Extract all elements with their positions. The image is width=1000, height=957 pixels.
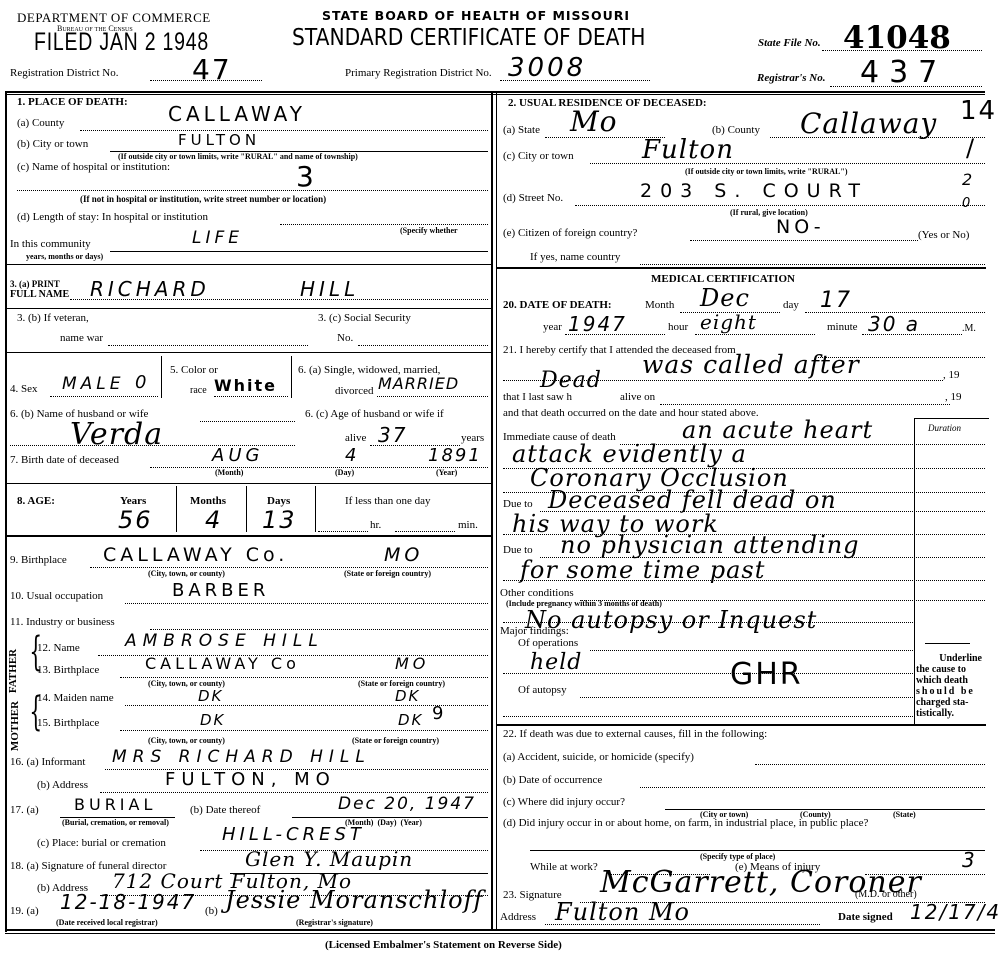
date-received-value[interactable]: 12-18-1947 (60, 892, 196, 912)
death-year-label: year (543, 322, 562, 333)
last-saw-nineteen: , 19 (945, 392, 962, 403)
first-name-value[interactable]: RICHARD (90, 279, 210, 299)
residence-county-value[interactable]: Callaway (800, 110, 937, 138)
city-label: (b) City or town (17, 139, 88, 150)
community-label: In this community (10, 239, 91, 250)
certifier-signature-label: 23. Signature (503, 890, 562, 901)
maiden-name-value[interactable]: DK (198, 689, 223, 704)
mother-code: 9 (432, 705, 445, 723)
community-value[interactable]: LIFE (192, 230, 243, 247)
occupation-value[interactable]: BARBER (172, 582, 269, 600)
underline-note-line: Underline (916, 653, 986, 664)
due-to-1-line-1[interactable]: Deceased fell dead on (548, 488, 837, 512)
due-to-2-line-2[interactable]: for some time past (520, 558, 765, 582)
burial-place-label: (c) Place: burial or cremation (37, 838, 166, 849)
hospital-note: (If not in hospital or institution, writ… (80, 195, 326, 204)
sex-code: 0 (135, 374, 148, 392)
accident-label: (a) Accident, suicide, or homicide (spec… (503, 752, 694, 763)
age-less-label: If less than one day (345, 496, 431, 507)
death-hour-label: hour (668, 322, 688, 333)
birth-day-caption: (Day) (335, 469, 354, 477)
mother-birth-city-value[interactable]: DK (200, 713, 225, 728)
certificate-title: STANDARD CERTIFICATE OF DEATH (292, 25, 645, 51)
death-minute-value[interactable]: 30 a (868, 314, 920, 334)
informant-address-value[interactable]: FULTON, MO (165, 771, 336, 789)
registration-district-label: Registration District No. (10, 68, 118, 79)
maiden-name-value-2: DK (395, 689, 420, 704)
underline-note-line: should be (916, 686, 986, 697)
autopsy-label: Of autopsy (518, 685, 567, 696)
death-month-value[interactable]: Dec (700, 286, 750, 310)
birth-date-label: 7. Birth date of deceased (10, 455, 119, 466)
burial-place-value[interactable]: HILL-CREST (222, 826, 365, 844)
certifier-address-label: Address (500, 912, 536, 923)
father-birth-city-value[interactable]: CALLAWAY Co (145, 656, 300, 672)
due-to-label-2: Due to (503, 545, 533, 556)
birth-year-value[interactable]: 1891 (428, 447, 482, 465)
last-saw-alive-label: alive on (620, 392, 655, 403)
due-to-label-1: Due to (503, 499, 533, 510)
father-name-label: 12. Name (37, 643, 80, 654)
death-year-value[interactable]: 1947 (568, 314, 627, 334)
date-received-caption: (Date received local registrar) (56, 919, 158, 927)
spouse-age-value[interactable]: 37 (378, 425, 407, 445)
residence-city-value[interactable]: Fulton (642, 137, 734, 163)
father-side-label: FATHER (7, 649, 19, 693)
injury-state-caption: (State) (893, 811, 916, 819)
citizen-yes-no-suffix: (Yes or No) (918, 230, 969, 241)
certifier-initials: GHR (730, 660, 803, 690)
certifier-title-suffix: (M.D. or other) (855, 890, 917, 900)
underline-note-line: charged sta- (916, 697, 986, 708)
citizen-value[interactable]: NO- (776, 218, 825, 237)
birth-month-value[interactable]: AUG (212, 447, 263, 465)
birth-day-value[interactable]: 4 (345, 447, 358, 465)
stay-label: (d) Length of stay: In hospital or insti… (17, 212, 208, 223)
last-saw-label: that I last saw h (503, 392, 572, 403)
residence-street-value[interactable]: 203 S. COURT (640, 182, 868, 201)
informant-value[interactable]: MRS RICHARD HILL (112, 749, 371, 766)
social-security-no-label: No. (337, 333, 353, 344)
margin-code-2: / (966, 136, 976, 160)
margin-code-4: 0 (962, 197, 972, 210)
community-note: years, months or days) (26, 253, 103, 261)
age-months-value[interactable]: 4 (205, 508, 222, 532)
residence-street-label: (d) Street No. (503, 193, 563, 204)
residence-state-value[interactable]: Mo (570, 108, 618, 136)
spouse-age-suffix: years (461, 433, 484, 444)
registrar-b-label: (b) (205, 906, 218, 917)
other-conditions-value[interactable]: No autopsy or Inquest (525, 608, 817, 632)
mother-birthplace-label: 15. Birthplace (37, 718, 99, 729)
state-board-label: STATE BOARD OF HEALTH OF MISSOURI (322, 8, 630, 23)
age-label: 8. AGE: (17, 496, 55, 507)
father-birthplace-label: 13. Birthplace (37, 665, 99, 676)
immediate-cause-line-1[interactable]: an acute heart (682, 418, 873, 442)
spouse-age-alive-label: alive (345, 433, 366, 444)
underline-note-line: tistically. (916, 708, 986, 719)
disposition-date-value[interactable]: Dec 20, 1947 (338, 796, 476, 813)
disposition-date-label: (b) Date thereof (190, 805, 260, 816)
state-file-label: State File No. (758, 38, 821, 49)
residence-city-label: (c) City or town (503, 151, 574, 162)
other-conditions-value-2: held (530, 652, 582, 674)
registration-district-value: 47 (192, 56, 232, 84)
primary-district-label: Primary Registration District No. (345, 68, 492, 79)
hospital-label: (c) Name of hospital or institution: (17, 162, 170, 173)
informant-address-label: (b) Address (37, 780, 88, 791)
occurrence-date-label: (b) Date of occurrence (503, 775, 602, 786)
marital-value[interactable]: MARRIED (378, 376, 459, 392)
race-label-line1: 5. Color or (170, 365, 218, 376)
sex-value[interactable]: MALE (62, 376, 125, 393)
last-name-value[interactable]: HILL (300, 279, 359, 299)
disposition-caption: (Burial, cremation, or removal) (62, 819, 169, 827)
race-label-line2: race (190, 386, 207, 396)
underline-note-line: the cause to (916, 664, 986, 675)
registrar-no-label: Registrar's No. (757, 73, 825, 84)
due-to-2-line-1[interactable]: no physician attending (560, 533, 860, 557)
mother-birth-city-caption: (City, town, or county) (148, 737, 225, 745)
birthplace-city-value[interactable]: CALLAWAY Co. (103, 546, 288, 565)
residence-city-note: (If outside city or town limits, write "… (685, 168, 848, 176)
death-day-value[interactable]: 17 (820, 290, 852, 312)
name-label-line2: FULL NAME (10, 290, 69, 300)
hospital-value[interactable]: 3 (296, 163, 316, 191)
war-label: name war (60, 333, 103, 344)
last-saw-value[interactable]: Dead (540, 370, 602, 392)
death-minute-label: minute (827, 322, 858, 333)
death-ampm-suffix: .M. (962, 324, 976, 334)
maiden-name-label: 14. Maiden name (37, 693, 114, 704)
marital-label-line2: divorced (335, 386, 373, 397)
disposition-value[interactable]: BURIAL (74, 797, 156, 813)
foreign-country-label: If yes, name country (530, 252, 620, 263)
birth-year-caption: (Year) (436, 469, 457, 477)
injury-location-label: (d) Did injury occur in or about home, o… (503, 818, 868, 829)
birthplace-state-caption: (State or foreign country) (344, 570, 431, 578)
birthplace-state-value[interactable]: MO (384, 546, 423, 565)
age-hr-label: hr. (370, 520, 381, 531)
primary-district-value: 3008 (508, 55, 586, 81)
stay-specify-note: (Specify whether (400, 227, 458, 235)
spouse-age-label: 6. (c) Age of husband or wife if (305, 409, 444, 420)
underline-note: Underline the cause to which death shoul… (916, 653, 986, 719)
industry-label: 11. Industry or business (10, 617, 115, 628)
birthplace-label: 9. Birthplace (10, 555, 67, 566)
county-label: (a) County (17, 118, 64, 129)
mother-side-label: MOTHER (9, 701, 21, 751)
death-hour-value[interactable]: eight (700, 312, 757, 332)
certify-value[interactable]: was called after (642, 352, 860, 377)
margin-code-3: 2 (962, 172, 974, 188)
social-security-label: 3. (c) Social Security (318, 313, 411, 324)
registrar-signature-caption: (Registrar's signature) (296, 919, 373, 927)
death-county-value[interactable]: CALLAWAY (168, 104, 306, 124)
father-name-value[interactable]: AMBROSE HILL (125, 633, 324, 650)
father-birth-state-value[interactable]: MO (395, 656, 429, 672)
age-years-value[interactable]: 56 (118, 508, 153, 532)
department-label: DEPARTMENT OF COMMERCE (17, 11, 211, 24)
city-note: (If outside city or town limits, write "… (118, 153, 358, 161)
place-type-caption: (Specify type of place) (700, 853, 775, 861)
veteran-label: 3. (b) If veteran, (17, 313, 89, 324)
filed-stamp: FILED JAN 2 1948 (34, 28, 209, 57)
immediate-cause-line-2[interactable]: attack evidently a (512, 442, 747, 466)
while-at-work-label: While at work? (530, 862, 598, 873)
margin-code-5: 3 (962, 850, 977, 870)
death-day-label: day (783, 300, 799, 311)
age-days-value[interactable]: 13 (262, 508, 297, 532)
informant-label: 16. (a) Informant (10, 757, 85, 768)
spouse-value[interactable]: Verda (70, 420, 163, 450)
birth-month-caption: (Month) (215, 469, 243, 477)
citizen-label: (e) Citizen of foreign country? (503, 228, 637, 239)
date-signed-value[interactable]: 12/17/47 (910, 902, 1000, 922)
residence-state-label: (a) State (503, 125, 540, 136)
mother-birth-state-value[interactable]: DK (398, 713, 423, 728)
funeral-director-signature[interactable]: Glen Y. Maupin (245, 849, 413, 869)
operations-label: Of operations (518, 638, 578, 649)
mother-birth-state-caption: (State or foreign country) (352, 737, 439, 745)
margin-code-1: 14 (960, 98, 997, 124)
age-min-label: min. (458, 520, 478, 531)
injury-place-label: (c) Where did injury occur? (503, 797, 625, 808)
place-of-death-heading: 1. PLACE OF DEATH: (17, 97, 128, 108)
sex-label: 4. Sex (10, 384, 38, 395)
duration-label: Duration (928, 424, 961, 433)
certify-nineteen: , 19 (943, 370, 960, 381)
major-findings-label: Major findings: (500, 626, 569, 637)
date-of-death-label: 20. DATE OF DEATH: (503, 300, 612, 311)
occupation-label: 10. Usual occupation (10, 591, 103, 602)
name-label-line1: 3. (a) PRINT (10, 280, 60, 289)
disposition-label: 17. (a) (10, 805, 39, 816)
birthplace-city-caption: (City, town, or county) (148, 570, 225, 578)
external-causes-heading: 22. If death was due to external causes,… (503, 729, 767, 740)
death-city-value[interactable]: FULTON (178, 133, 260, 148)
date-signed-label: Date signed (838, 912, 893, 923)
certifier-address-value[interactable]: Fulton Mo (555, 900, 690, 924)
registrar-section-label: 19. (a) (10, 906, 39, 917)
underline-note-line: which death (916, 675, 986, 686)
death-month-label: Month (645, 300, 674, 311)
embalmer-statement-note: (Licensed Embalmer's Statement on Revers… (325, 940, 562, 951)
other-conditions-label: Other conditions (500, 588, 574, 599)
registrar-signature[interactable]: Jessie Moranschloff (225, 888, 483, 912)
registrar-no-value: 437 (860, 58, 947, 88)
state-file-value: 41048 (843, 20, 951, 56)
race-value[interactable]: White (214, 378, 277, 394)
